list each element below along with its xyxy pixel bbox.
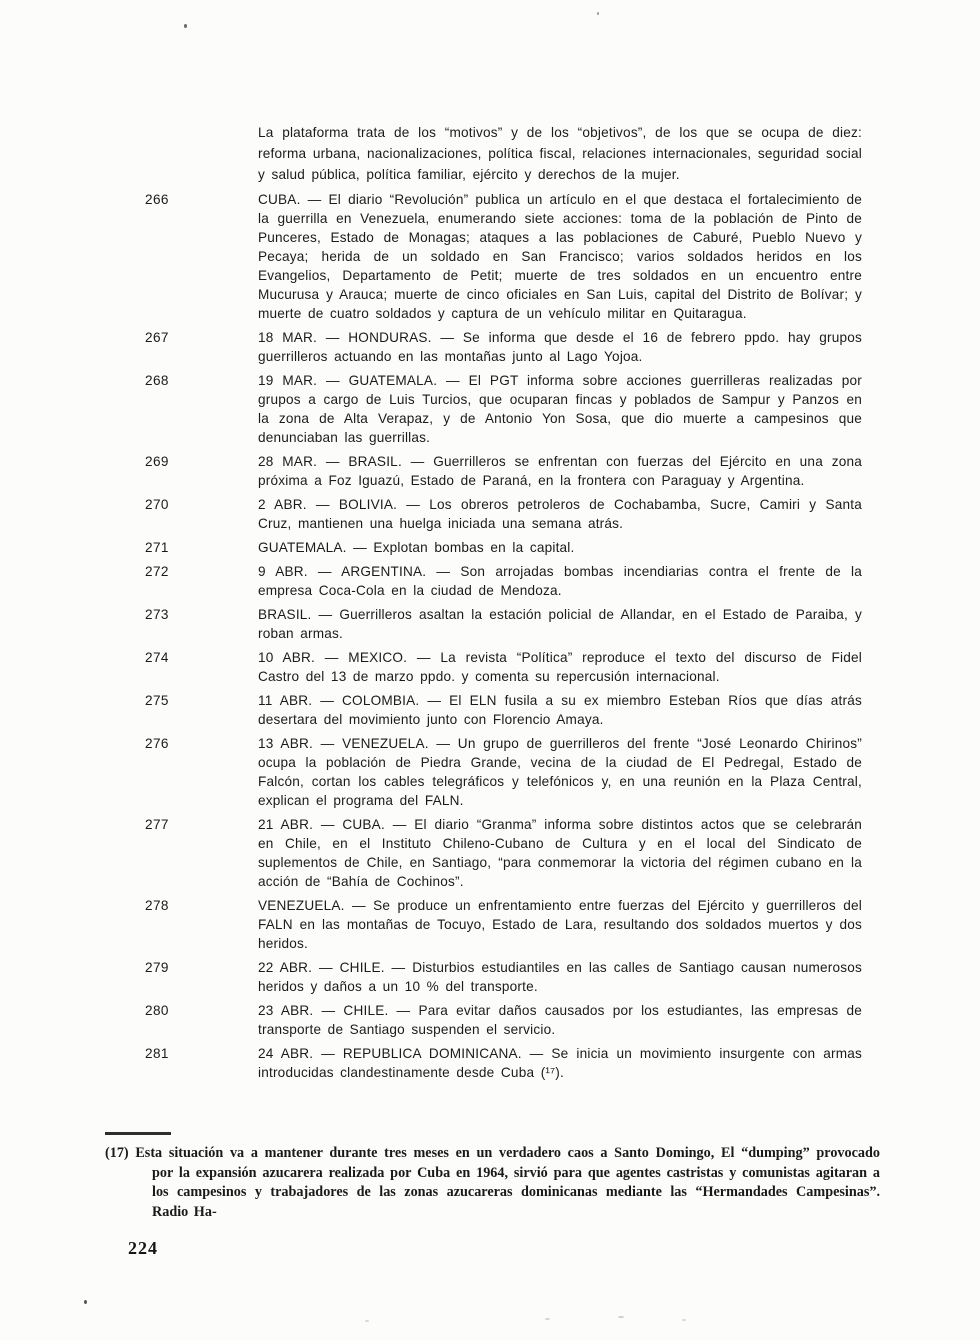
scan-speck xyxy=(618,1316,624,1318)
chronology-entry-271: 271 GUATEMALA. — Explotan bombas en la c… xyxy=(145,538,862,557)
chronology-entry-273: 273 BRASIL. — Guerrilleros asaltan la es… xyxy=(145,605,862,643)
chronology-entry-268: 268 19 MAR. — GUATEMALA. — El PGT inform… xyxy=(145,371,862,447)
entry-text: 11 ABR. — COLOMBIA. — El ELN fusila a su… xyxy=(258,691,862,729)
chronology-entry-280: 280 23 ABR. — CHILE. — Para evitar daños… xyxy=(145,1001,862,1039)
chronology-entry-279: 279 22 ABR. — CHILE. — Disturbios estudi… xyxy=(145,958,862,996)
intro-paragraph: La plataforma trata de los “motivos” y d… xyxy=(258,122,862,185)
chronology-entry-274: 274 10 ABR. — MEXICO. — La revista “Polí… xyxy=(145,648,862,686)
footnote-section: (17) Esta situación va a mantener durant… xyxy=(105,1132,880,1222)
entry-number: 279 xyxy=(145,958,258,977)
entry-text: 21 ABR. — CUBA. — El diario “Granma” inf… xyxy=(258,815,862,891)
entry-number: 275 xyxy=(145,691,258,710)
entry-text: 23 ABR. — CHILE. — Para evitar daños cau… xyxy=(258,1001,862,1039)
entry-number: 266 xyxy=(145,190,258,209)
entry-text: 24 ABR. — REPUBLICA DOMINICANA. — Se ini… xyxy=(258,1044,862,1082)
entry-number: 277 xyxy=(145,815,258,834)
chronology-entry-281: 281 24 ABR. — REPUBLICA DOMINICANA. — Se… xyxy=(145,1044,862,1082)
entry-number: 268 xyxy=(145,371,258,390)
entry-number: 276 xyxy=(145,734,258,753)
footnote-marker: (17) xyxy=(105,1145,129,1161)
chronology-entry-277: 277 21 ABR. — CUBA. — El diario “Granma”… xyxy=(145,815,862,891)
chronology-entry-269: 269 28 MAR. — BRASIL. — Guerrilleros se … xyxy=(145,452,862,490)
chronology-entry-276: 276 13 ABR. — VENEZUELA. — Un grupo de g… xyxy=(145,734,862,810)
entry-text: 19 MAR. — GUATEMALA. — El PGT informa so… xyxy=(258,371,862,447)
scan-speck xyxy=(184,24,187,28)
chronology-entry-267: 267 18 MAR. — HONDURAS. — Se informa que… xyxy=(145,328,862,366)
entry-text: 10 ABR. — MEXICO. — La revista “Política… xyxy=(258,648,862,686)
footnote-text: Esta situación va a mantener durante tre… xyxy=(135,1145,880,1220)
chronology-entry-278: 278 VENEZUELA. — Se produce un enfrentam… xyxy=(145,896,862,953)
scan-speck xyxy=(597,12,599,15)
entry-text: 28 MAR. — BRASIL. — Guerrilleros se enfr… xyxy=(258,452,862,490)
entry-text: 13 ABR. — VENEZUELA. — Un grupo de guerr… xyxy=(258,734,862,810)
chronology-entry-272: 272 9 ABR. — ARGENTINA. — Son arrojadas … xyxy=(145,562,862,600)
chronology-entry-270: 270 2 ABR. — BOLIVIA. — Los obreros petr… xyxy=(145,495,862,533)
entry-text: GUATEMALA. — Explotan bombas en la capit… xyxy=(258,538,862,557)
entry-text: 2 ABR. — BOLIVIA. — Los obreros petroler… xyxy=(258,495,862,533)
entry-number: 267 xyxy=(145,328,258,347)
scan-speck xyxy=(545,1318,550,1320)
entry-text: CUBA. — El diario “Revolución” publica u… xyxy=(258,190,862,323)
scan-speck xyxy=(682,1319,686,1321)
entry-text: 9 ABR. — ARGENTINA. — Son arrojadas bomb… xyxy=(258,562,862,600)
entry-text: VENEZUELA. — Se produce un enfrentamient… xyxy=(258,896,862,953)
entry-text: BRASIL. — Guerrilleros asaltan la estaci… xyxy=(258,605,862,643)
footnote-17: (17) Esta situación va a mantener durant… xyxy=(105,1144,880,1222)
page-number: 224 xyxy=(128,1238,158,1259)
scan-speck xyxy=(365,1320,369,1322)
entry-number: 281 xyxy=(145,1044,258,1063)
entry-text: 18 MAR. — HONDURAS. — Se informa que des… xyxy=(258,328,862,366)
footnote-divider xyxy=(105,1132,171,1135)
entry-number: 270 xyxy=(145,495,258,514)
chronology-entry-266: 266 CUBA. — El diario “Revolución” publi… xyxy=(145,190,862,323)
entry-number: 272 xyxy=(145,562,258,581)
chronology-content: La plataforma trata de los “motivos” y d… xyxy=(145,122,862,1082)
entry-number: 274 xyxy=(145,648,258,667)
entry-number: 269 xyxy=(145,452,258,471)
scan-speck xyxy=(84,1300,87,1304)
scanned-page: La plataforma trata de los “motivos” y d… xyxy=(0,0,980,1340)
entry-number: 278 xyxy=(145,896,258,915)
entry-number: 280 xyxy=(145,1001,258,1020)
chronology-entry-275: 275 11 ABR. — COLOMBIA. — El ELN fusila … xyxy=(145,691,862,729)
entry-text: 22 ABR. — CHILE. — Disturbios estudianti… xyxy=(258,958,862,996)
entry-number: 273 xyxy=(145,605,258,624)
entry-number: 271 xyxy=(145,538,258,557)
